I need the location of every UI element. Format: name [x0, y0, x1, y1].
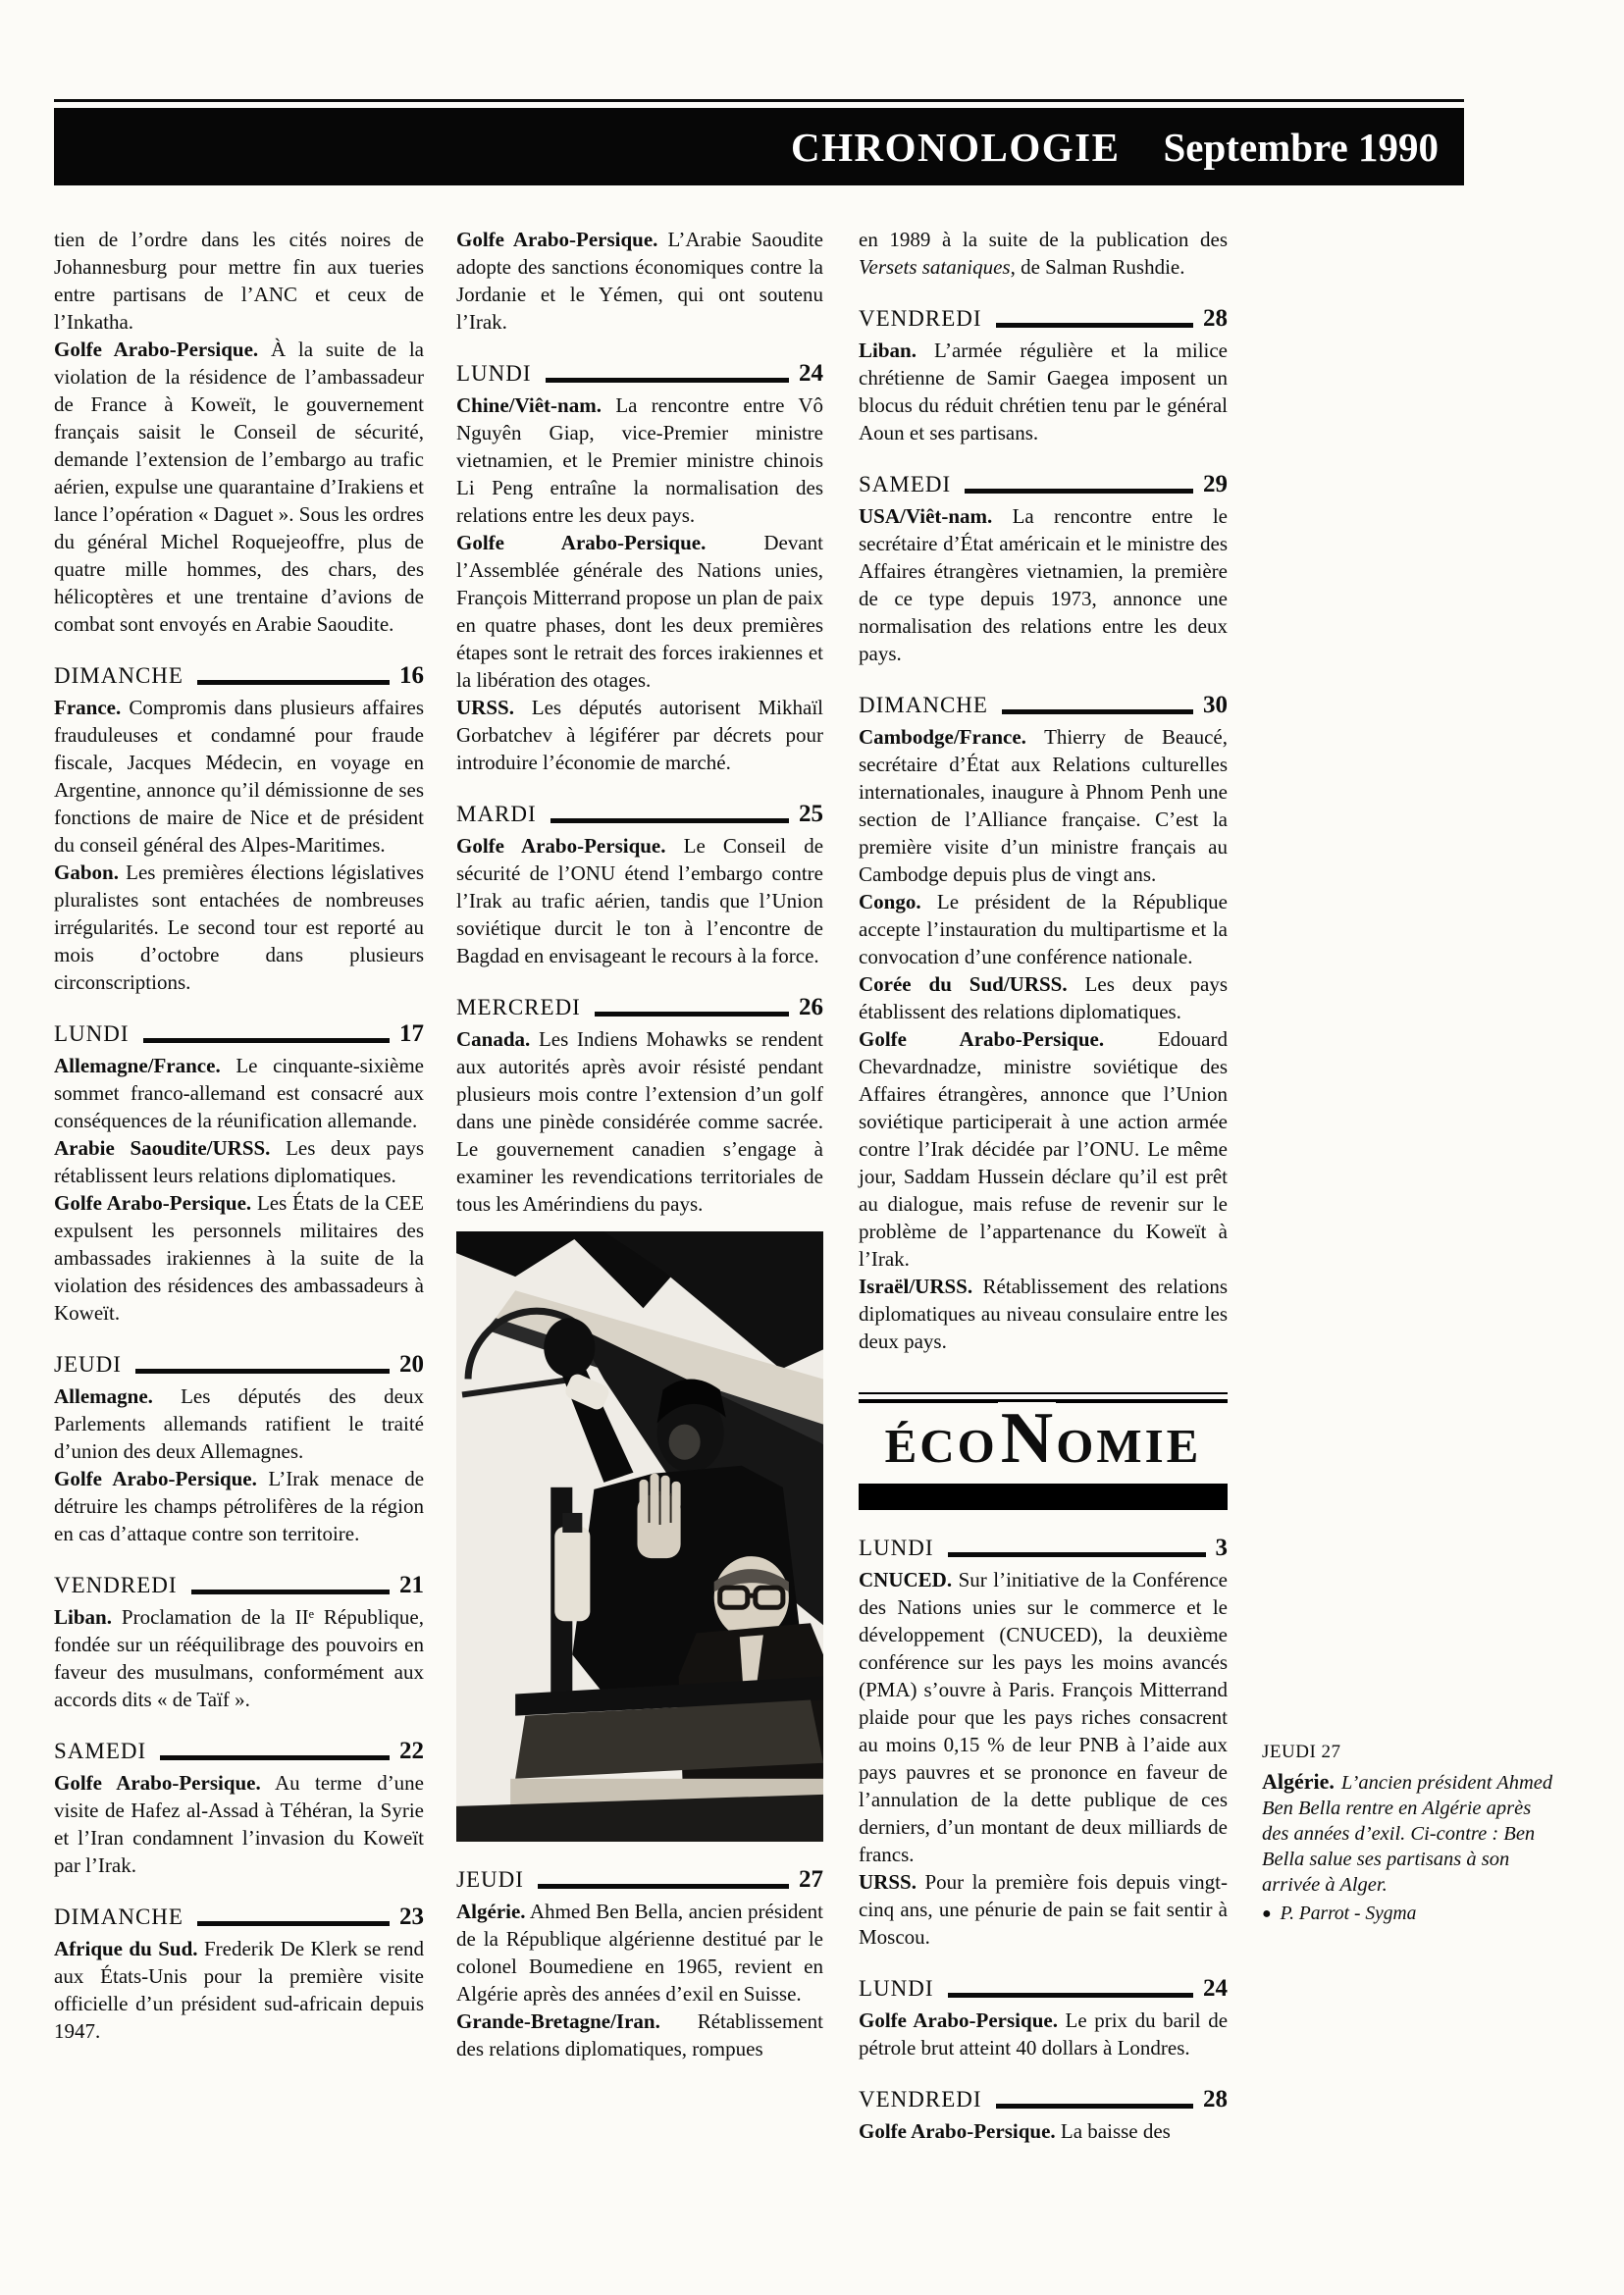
entry-text: Les Indiens Mohawks se rendent aux autor… [456, 1027, 823, 1216]
day-number: 22 [399, 1738, 424, 1765]
day-heading: LUNDI24 [859, 1975, 1228, 2003]
entry-paragraph: Algérie. Ahmed Ben Bella, ancien préside… [456, 1898, 823, 2008]
entry-paragraph: Corée du Sud/URSS. Les deux pays établis… [859, 970, 1228, 1025]
entry-text: , de Salman Rushdie. [1011, 255, 1185, 279]
entry-lead: Arabie Saoudite/URSS. [54, 1136, 270, 1160]
economie-title-part: ÉCO [885, 1422, 998, 1470]
day-number: 26 [799, 994, 823, 1021]
photo-illustration [456, 1231, 823, 1842]
entry-paragraph: URSS. Les députés autorisent Mikhaïl Gor… [456, 694, 823, 776]
entry-paragraph: Golfe Arabo-Persique. Les États de la CE… [54, 1189, 424, 1327]
entry-text: La rencontre entre le secrétaire d’État … [859, 504, 1228, 665]
entry-paragraph: Golfe Arabo-Persique. L’Arabie Saoudite … [456, 226, 823, 336]
entry-lead: Golfe Arabo-Persique. [54, 338, 258, 361]
day-label: SAMEDI [859, 471, 951, 498]
caption-lead: Algérie. [1262, 1769, 1335, 1794]
entry-lead: URSS. [859, 1870, 917, 1894]
entry-paragraph: Gabon. Les premières élections législati… [54, 859, 424, 996]
entry-lead: Golfe Arabo-Persique. [54, 1191, 251, 1215]
continuation-paragraph: tien de l’ordre dans les cités noires de… [54, 226, 424, 336]
credit-text: P. Parrot - Sygma [1281, 1901, 1417, 1928]
day-number: 24 [799, 360, 823, 388]
entry-lead: Allemagne/France. [54, 1054, 221, 1077]
entry-paragraph: Canada. Les Indiens Mohawks se rendent a… [456, 1025, 823, 1218]
day-number: 21 [399, 1572, 424, 1599]
entry-lead: Golfe Arabo-Persique. [859, 1027, 1104, 1051]
entry-lead: Cambodge/France. [859, 725, 1026, 749]
entry-paragraph: USA/Viêt-nam. La rencontre entre le secr… [859, 502, 1228, 667]
day-heading: JEUDI20 [54, 1351, 424, 1379]
text-column-3: en 1989 à la suite de la publication des… [859, 226, 1228, 2145]
entry-lead: Golfe Arabo-Persique. [456, 531, 706, 554]
entry-paragraph: Golfe Arabo-Persique. Au terme d’une vis… [54, 1769, 424, 1879]
entry-paragraph: Grande-Bretagne/Iran. Rétablissement des… [456, 2008, 823, 2062]
entry-paragraph: URSS. Pour la première fois depuis vingt… [859, 1868, 1228, 1951]
text-column-2: Golfe Arabo-Persique. L’Arabie Saoudite … [456, 226, 823, 2062]
day-rule [160, 1755, 390, 1760]
entry-lead: Israël/URSS. [859, 1275, 972, 1298]
entry-lead: URSS. [456, 696, 514, 719]
day-label: LUNDI [54, 1020, 130, 1048]
day-label: LUNDI [859, 1535, 934, 1562]
entry-paragraph: Allemagne. Les députés des deux Parlemen… [54, 1382, 424, 1465]
entry-paragraph: Congo. Le président de la République acc… [859, 888, 1228, 970]
day-heading: DIMANCHE16 [54, 662, 424, 690]
entry-paragraph: Liban. L’armée régulière et la milice ch… [859, 337, 1228, 446]
caption-day-label: JEUDI 27 [1262, 1739, 1553, 1766]
entry-paragraph: France. Compromis dans plusieurs affaire… [54, 694, 424, 859]
day-rule [143, 1038, 390, 1043]
day-heading: LUNDI24 [456, 360, 823, 388]
entry-lead: Golfe Arabo-Persique. [859, 2008, 1058, 2032]
entry-paragraph: Golfe Arabo-Persique. Devant l’Assemblée… [456, 529, 823, 694]
credit-bullet-icon: ● [1262, 1906, 1272, 1922]
entry-lead: France. [54, 696, 121, 719]
day-rule [191, 1590, 390, 1594]
day-number: 27 [799, 1866, 823, 1894]
entry-paragraph: Arabie Saoudite/URSS. Les deux pays réta… [54, 1134, 424, 1189]
columns-wrapper: tien de l’ordre dans les cités noires de… [54, 226, 1573, 2145]
day-rule [197, 1921, 390, 1926]
day-heading: DIMANCHE30 [859, 692, 1228, 719]
day-label: MARDI [456, 801, 537, 828]
economie-black-bar [859, 1484, 1228, 1510]
entry-paragraph: Golfe Arabo-Persique. À la suite de la v… [54, 336, 424, 638]
entry-text: À la suite de la violation de la résiden… [54, 338, 424, 636]
caption-text: Algérie.L’ancien président Ahmed Ben Bel… [1262, 1769, 1553, 1898]
day-label: SAMEDI [54, 1738, 146, 1765]
entry-lead: Canada. [456, 1027, 530, 1051]
day-rule [197, 680, 390, 685]
day-label: DIMANCHE [859, 692, 988, 719]
day-rule [135, 1369, 390, 1374]
text-column-1: tien de l’ordre dans les cités noires de… [54, 226, 424, 2045]
entry-lead: Allemagne. [54, 1384, 153, 1408]
entry-lead: Corée du Sud/URSS. [859, 972, 1068, 996]
entry-lead: Golfe Arabo-Persique. [54, 1467, 257, 1490]
entry-paragraph: Golfe Arabo-Persique. Le prix du baril d… [859, 2007, 1228, 2061]
day-number: 25 [799, 801, 823, 828]
entry-text: La baisse des [1061, 2119, 1171, 2143]
entry-paragraph: Golfe Arabo-Persique. La baisse des [859, 2117, 1228, 2145]
day-number: 30 [1203, 692, 1228, 719]
day-heading: LUNDI17 [54, 1020, 424, 1048]
day-label: DIMANCHE [54, 1904, 183, 1931]
day-number: 24 [1203, 1975, 1228, 2003]
page-header: CHRONOLOGIE Septembre 1990 [54, 108, 1464, 185]
entry-text: Thierry de Beaucé, secrétaire d’État aux… [859, 725, 1228, 886]
day-label: VENDREDI [54, 1572, 178, 1599]
day-heading: SAMEDI29 [859, 471, 1228, 498]
day-rule [538, 1884, 789, 1889]
economie-title-big-n: N [998, 1402, 1056, 1475]
entry-lead: Grande-Bretagne/Iran. [456, 2009, 660, 2033]
day-heading: VENDREDI28 [859, 2086, 1228, 2113]
day-rule [1002, 709, 1193, 714]
entry-paragraph: Golfe Arabo-Persique. Edouard Chevardnad… [859, 1025, 1228, 1273]
day-number: 28 [1203, 305, 1228, 333]
day-rule [965, 489, 1193, 494]
day-label: DIMANCHE [54, 662, 183, 690]
day-heading: MERCREDI26 [456, 994, 823, 1021]
day-label: LUNDI [456, 360, 532, 388]
entry-paragraph: Golfe Arabo-Persique. L’Irak menace de d… [54, 1465, 424, 1547]
entry-text: Sur l’initiative de la Conférence des Na… [859, 1568, 1228, 1866]
entry-lead: Golfe Arabo-Persique. [456, 228, 657, 251]
entry-lead: Afrique du Sud. [54, 1937, 198, 1960]
day-label: MERCREDI [456, 994, 581, 1021]
day-number: 3 [1216, 1535, 1229, 1562]
economie-section-banner: ÉCONOMIE [859, 1388, 1228, 1510]
entry-lead: Golfe Arabo-Persique. [859, 2119, 1056, 2143]
entry-lead: Golfe Arabo-Persique. [456, 834, 666, 858]
entry-lead: Chine/Viêt-nam. [456, 393, 602, 417]
entry-lead: Algérie. [456, 1900, 526, 1923]
entry-lead: Liban. [54, 1605, 112, 1629]
entry-lead: CNUCED. [859, 1568, 952, 1591]
economie-title-part: OMIE [1056, 1422, 1201, 1470]
entry-text: Compromis dans plusieurs affaires fraudu… [54, 696, 424, 857]
day-rule [996, 2104, 1193, 2109]
day-number: 28 [1203, 2086, 1228, 2113]
day-number: 20 [399, 1351, 424, 1379]
entry-paragraph: Chine/Viêt-nam. La rencontre entre Vô Ng… [456, 391, 823, 529]
day-heading: SAMEDI22 [54, 1738, 424, 1765]
day-label: JEUDI [456, 1866, 524, 1894]
day-label: JEUDI [54, 1351, 122, 1379]
entry-paragraph: Israël/URSS. Rétablissement des relation… [859, 1273, 1228, 1355]
day-heading: JEUDI27 [456, 1866, 823, 1894]
day-number: 17 [399, 1020, 424, 1048]
photo-ben-bella [456, 1231, 823, 1842]
entry-lead: Gabon. [54, 861, 119, 884]
entry-lead: Golfe Arabo-Persique. [54, 1771, 261, 1795]
page-title: CHRONOLOGIE [791, 124, 1120, 171]
day-rule [546, 378, 789, 383]
entry-paragraph: Liban. Proclamation de la IIᵉ République… [54, 1603, 424, 1713]
entry-paragraph: Golfe Arabo-Persique. Le Conseil de sécu… [456, 832, 823, 969]
continuation-paragraph: en 1989 à la suite de la publication des… [859, 226, 1228, 281]
photo-caption-sidebar: JEUDI 27 Algérie.L’ancien président Ahme… [1262, 1739, 1553, 1928]
day-label: VENDREDI [859, 305, 982, 333]
entry-text: Devant l’Assemblée générale des Nations … [456, 531, 823, 692]
day-heading: VENDREDI28 [859, 305, 1228, 333]
economie-title: ÉCONOMIE [859, 1388, 1228, 1475]
day-heading: VENDREDI21 [54, 1572, 424, 1599]
header-top-rule [54, 99, 1464, 102]
day-rule [550, 818, 789, 823]
day-number: 29 [1203, 471, 1228, 498]
day-rule [996, 323, 1193, 328]
entry-paragraph: CNUCED. Sur l’initiative de la Conférenc… [859, 1566, 1228, 1868]
day-heading: DIMANCHE23 [54, 1904, 424, 1931]
day-label: LUNDI [859, 1975, 934, 2003]
day-rule [948, 1552, 1206, 1557]
italic-text: Versets sataniques [859, 255, 1011, 279]
day-number: 23 [399, 1904, 424, 1931]
day-rule [948, 1993, 1193, 1998]
entry-lead: Congo. [859, 890, 921, 913]
day-label: VENDREDI [859, 2086, 982, 2113]
entry-lead: Liban. [859, 339, 917, 362]
entry-text: en 1989 à la suite de la publication des [859, 228, 1228, 251]
entry-text: Edouard Chevardnadze, ministre soviétiqu… [859, 1027, 1228, 1271]
entry-lead: USA/Viêt-nam. [859, 504, 992, 528]
entry-paragraph: Cambodge/France. Thierry de Beaucé, secr… [859, 723, 1228, 888]
day-heading: LUNDI3 [859, 1535, 1228, 1562]
page-date: Septembre 1990 [1163, 124, 1439, 171]
day-rule [595, 1012, 789, 1017]
entry-text: tien de l’ordre dans les cités noires de… [54, 228, 424, 334]
chronologie-page: CHRONOLOGIE Septembre 1990 tien de l’ord… [0, 0, 1624, 2295]
day-number: 16 [399, 662, 424, 690]
day-heading: MARDI25 [456, 801, 823, 828]
entry-paragraph: Afrique du Sud. Frederik De Klerk se ren… [54, 1935, 424, 2045]
photo-credit: ●P. Parrot - Sygma [1262, 1901, 1553, 1928]
entry-paragraph: Allemagne/France. Le cinquante-sixième s… [54, 1052, 424, 1134]
